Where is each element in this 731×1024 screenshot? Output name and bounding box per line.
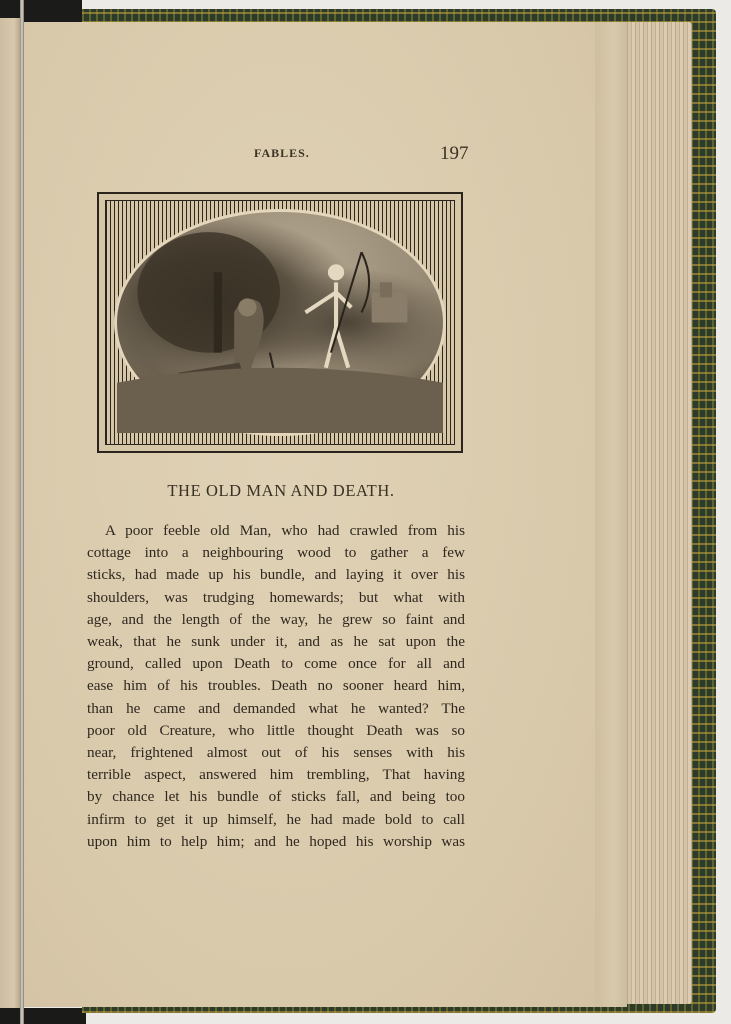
text-line: infirm to get it up himself, he had made… [87, 809, 465, 831]
fable-body: A poor feeble old Man, who had crawled f… [87, 520, 465, 853]
running-head: FABLES. [254, 146, 310, 161]
text-line: near, frightened almost out of his sense… [87, 742, 465, 764]
old-man-and-death-scene-icon [117, 212, 443, 433]
page-number: 197 [440, 143, 469, 165]
gutter [20, 0, 24, 1024]
facing-page-edge [0, 18, 20, 1008]
text-line: by chance let his bundle of sticks fall,… [87, 786, 465, 808]
text-line: upon him to help him; and he hoped his w… [87, 831, 465, 853]
text-line: A poor feeble old Man, who had crawled f… [87, 520, 465, 542]
engraving-icon [114, 209, 446, 436]
text-line: terrible aspect, answered him trembling,… [87, 764, 465, 786]
text-line: sticks, had made up his bundle, and layi… [87, 564, 465, 586]
text-line: age, and the length of the way, he grew … [87, 609, 465, 631]
text-line: ground, called upon Death to come once f… [87, 653, 465, 675]
text-line: shoulders, was trudging homewards; but w… [87, 587, 465, 609]
text-line: weak, that he sunk under it, and as he s… [87, 631, 465, 653]
engraving-illustration [97, 192, 463, 453]
backdrop [0, 1008, 86, 1024]
text-line: than he came and demanded what he wanted… [87, 698, 465, 720]
page-fore-edge [595, 22, 627, 1007]
engraving-frame [105, 200, 455, 445]
book-page [24, 22, 600, 1007]
text-line: poor old Creature, who little thought De… [87, 720, 465, 742]
fable-title: THE OLD MAN AND DEATH. [100, 481, 462, 501]
text-line: ease him of his troubles. Death no soone… [87, 675, 465, 697]
text-line: cottage into a neighbouring wood to gath… [87, 542, 465, 564]
